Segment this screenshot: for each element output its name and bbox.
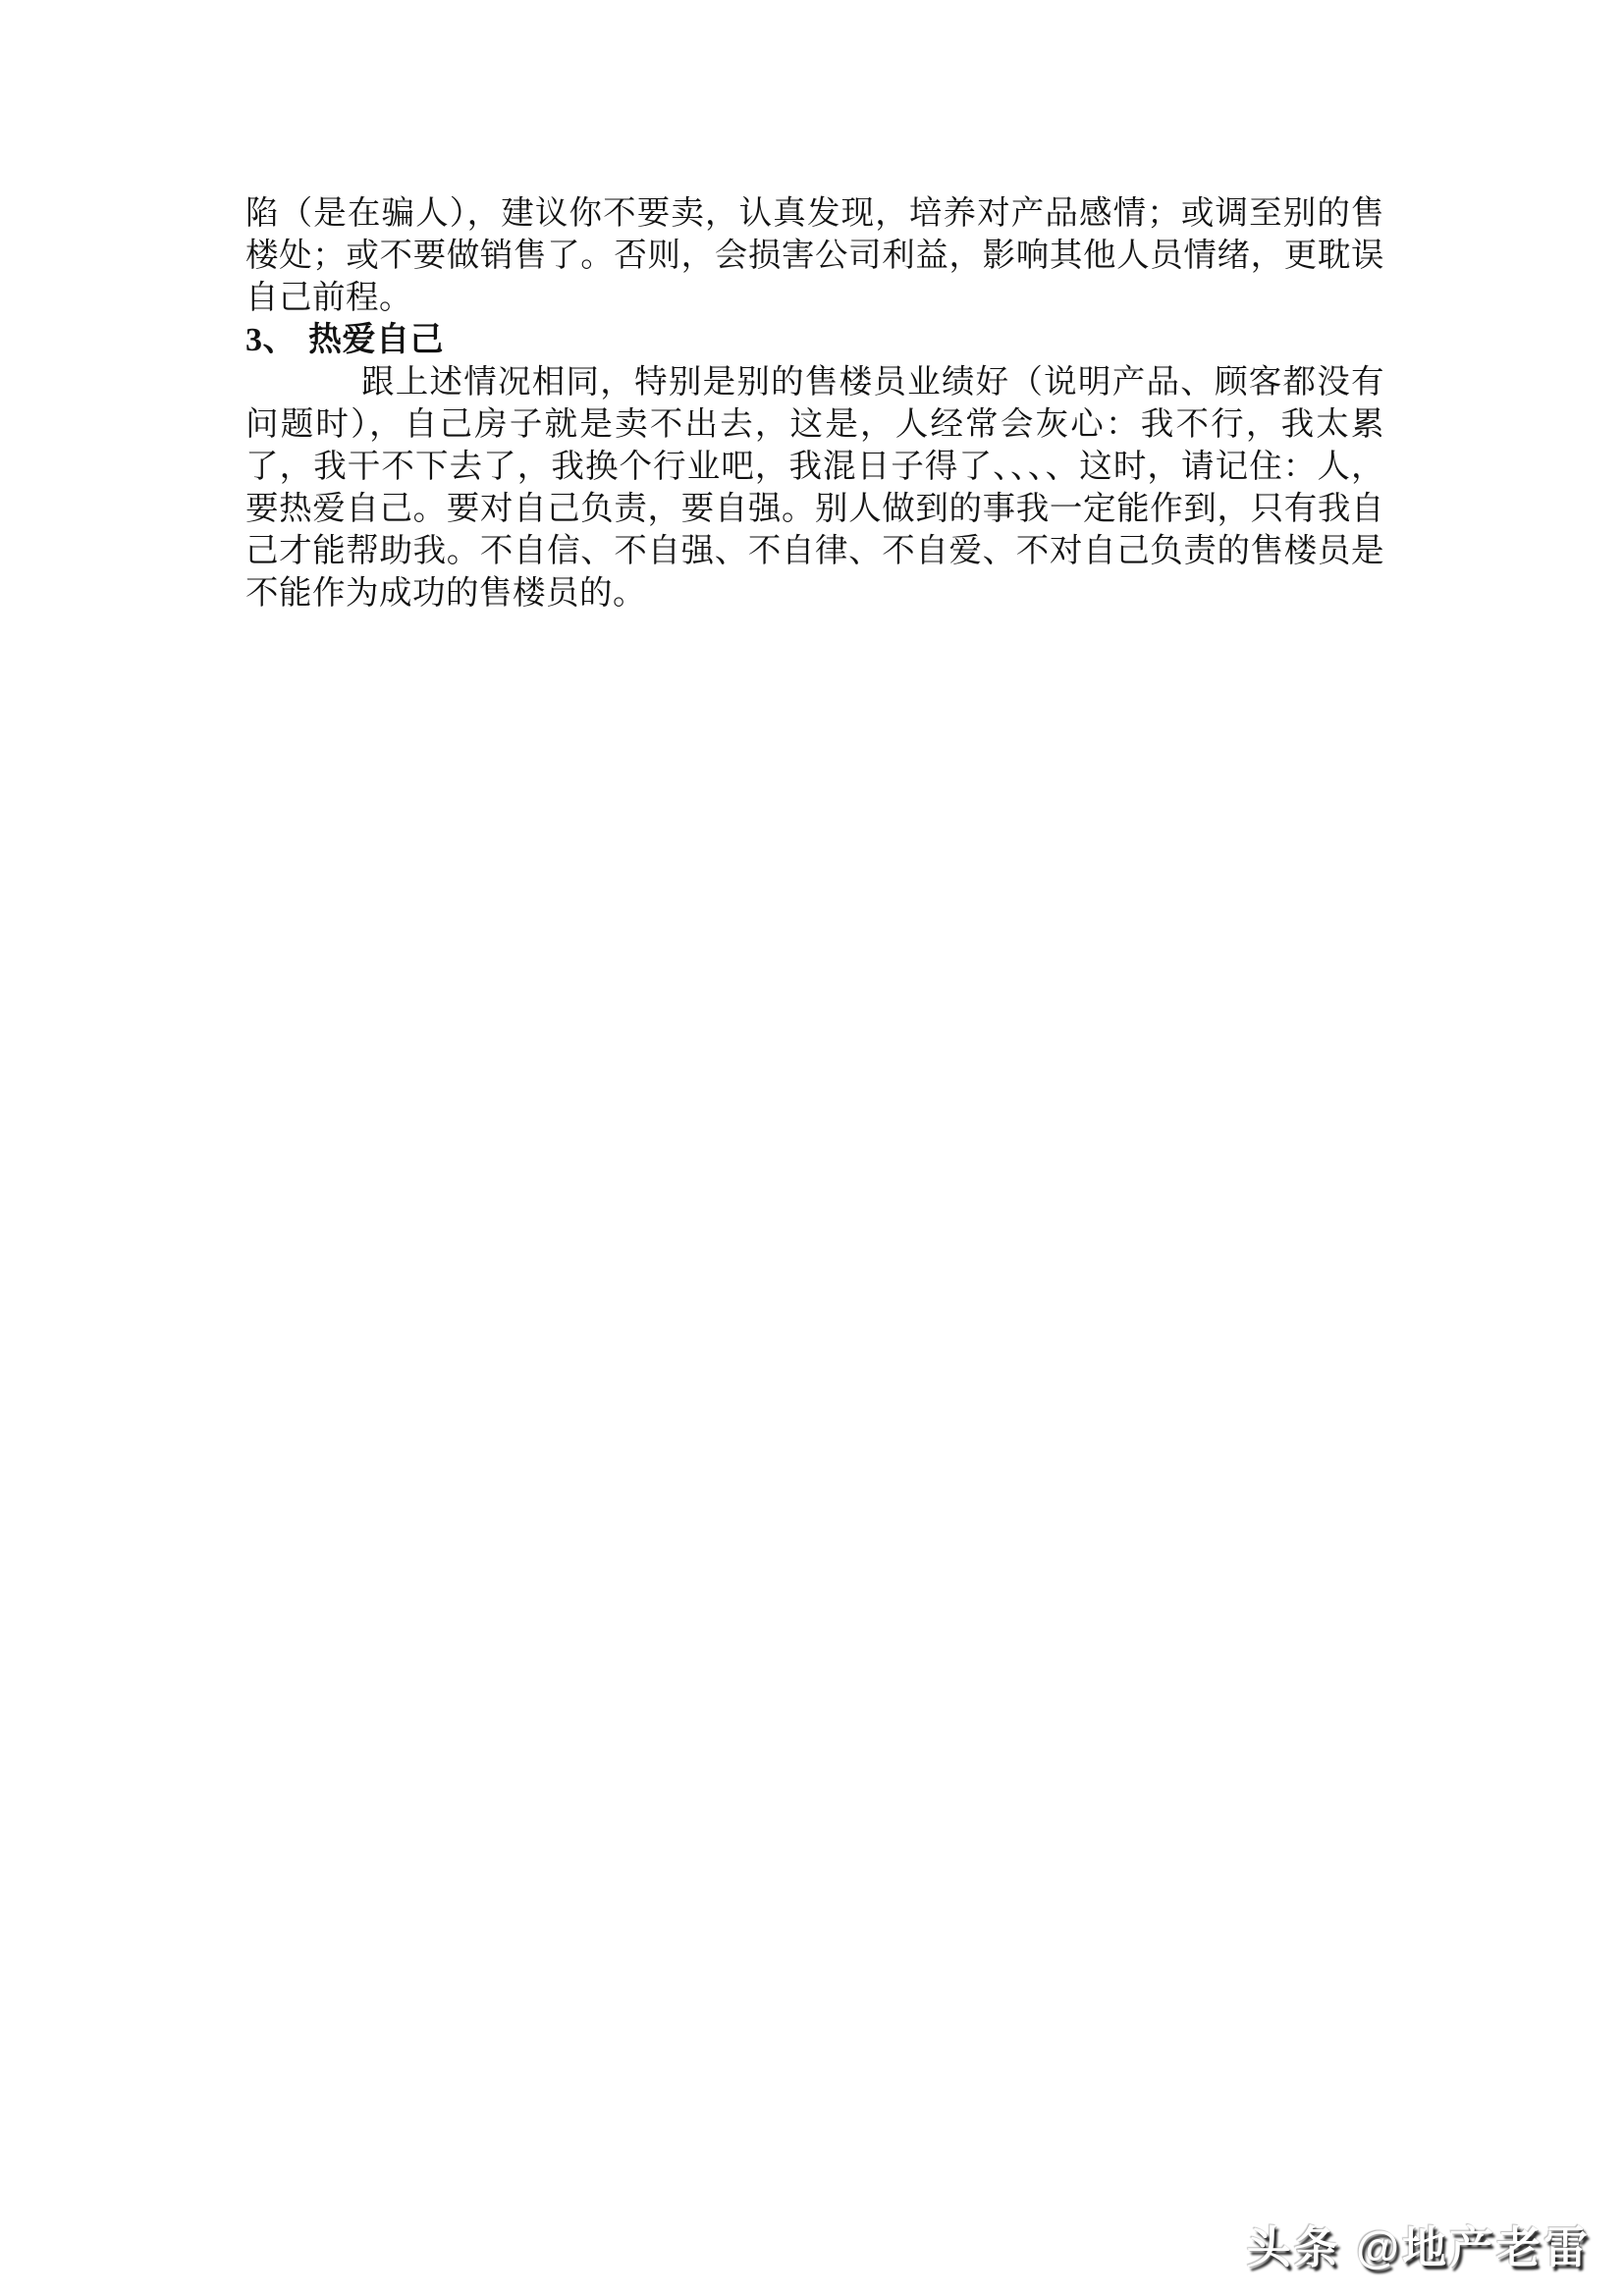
section-heading-number: 3、	[245, 322, 297, 358]
paragraph-continuation: 陷（是在骗人），建议你不要卖，认真发现，培养对产品感情；或调至别的售楼处；或不要…	[245, 192, 1384, 319]
watermark-text: 头条 @地产老雷	[1247, 2222, 1591, 2272]
document-content: 陷（是在骗人），建议你不要卖，认真发现，培养对产品感情；或调至别的售楼处；或不要…	[245, 192, 1384, 614]
paragraph-body: 跟上述情况相同，特别是别的售楼员业绩好（说明产品、顾客都没有问题时），自己房子就…	[245, 361, 1384, 614]
section-heading-title: 热爱自己	[308, 322, 444, 358]
watermark: 头条 @地产老雷	[1247, 2212, 1591, 2275]
document-page: 陷（是在骗人），建议你不要卖，认真发现，培养对产品感情；或调至别的售楼处；或不要…	[0, 0, 1624, 2296]
section-heading: 3、热爱自己	[245, 319, 1384, 361]
